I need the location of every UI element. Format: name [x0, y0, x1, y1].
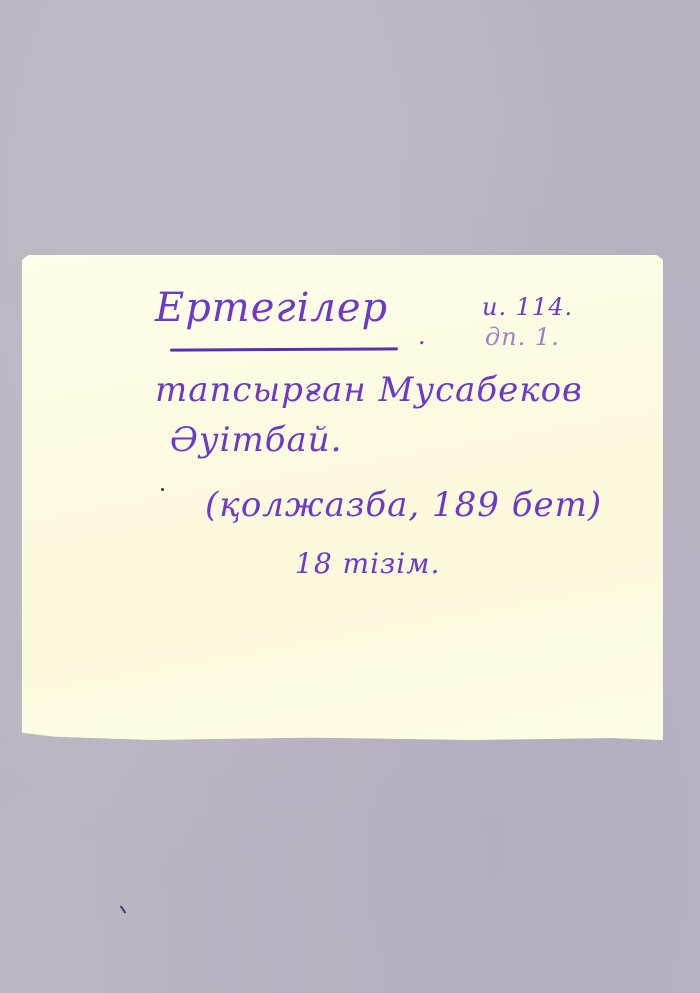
reference-number-line-1: и. 114.	[482, 293, 573, 321]
submitted-by-line: тапсырған Мусабеков	[155, 370, 583, 410]
ink-dot	[161, 488, 164, 491]
title-trailing-mark: .	[418, 322, 427, 350]
ink-speck	[120, 905, 127, 914]
submitter-first-name: Әуітбай.	[170, 420, 342, 460]
list-number: 18 тізім.	[295, 547, 440, 580]
reference-number-line-2: дп. 1.	[485, 323, 560, 351]
card-title: Ертегілер	[155, 285, 388, 331]
faint-pencil-marking	[248, 40, 266, 92]
manuscript-pages-note: (қолжазба, 189 бет)	[205, 485, 602, 525]
